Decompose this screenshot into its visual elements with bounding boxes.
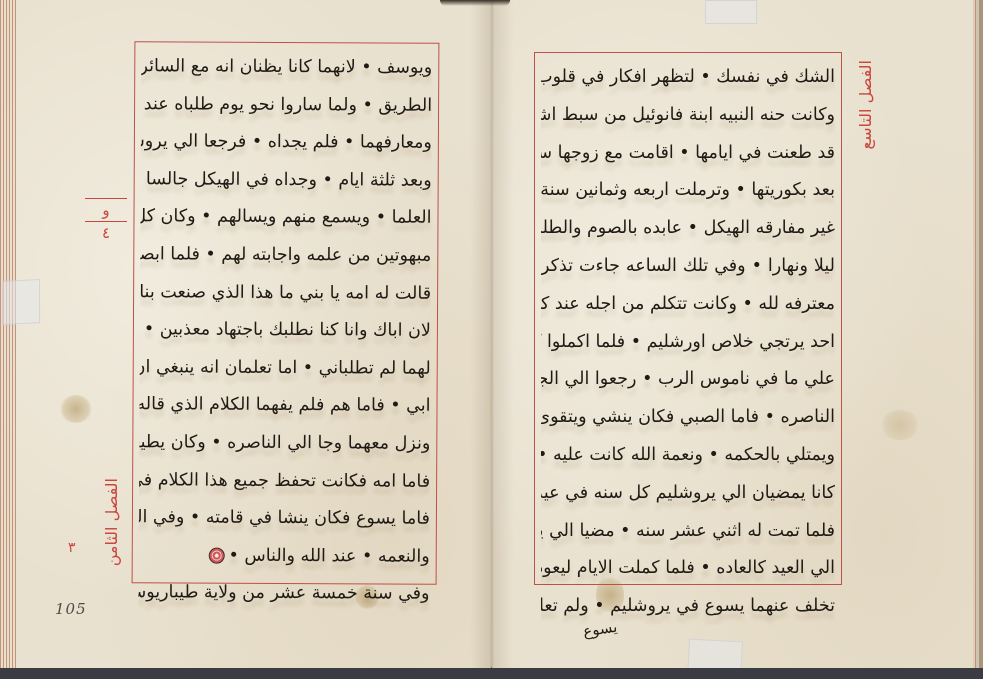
text-line: معترفه لله • وكانت تتكلم من اجله عند كل (541, 286, 835, 324)
text-line: تخلف عنهما يسوع في يروشليم • ولم تعلم ام… (541, 588, 835, 626)
text-line: فلما تمت له اثني عشر سنه • مضيا الي يروش… (541, 513, 835, 551)
text-line: بعد بكوريتها • وترملت اربعه وثمانين سنة … (541, 172, 835, 210)
margin-small-numeral: ٣ (68, 540, 76, 556)
text-line: قد طعنت في ايامها • اقامت مع زوجها سبع س… (541, 135, 835, 173)
text-line: الشك في نفسك • لتظهر افكار في قلوب كثيره (541, 59, 835, 97)
manuscript-spread: ويوسف • لانهما كانا يظنان انه مع السائري… (0, 0, 983, 668)
text-line: قالت له امه يا بني ما هذا الذي صنعت بنا … (140, 274, 431, 313)
left-chapter-heading: الفصل الثامن (102, 478, 121, 566)
text-line: فاما امه فكانت تحفظ جميع هذا الكلام في ق… (139, 462, 430, 501)
repair-tape (705, 0, 757, 24)
text-line: مبهوتين من علمه واجابته لهم • فلما ابصرا… (140, 236, 431, 275)
text-line-content: والنعمه • عند الله والناس • (228, 545, 429, 566)
margin-numeral-top: و (102, 201, 109, 219)
text-line-content: الشك في نفسك • لتظهر افكار في قلوب كثيره (541, 67, 835, 87)
text-line: علي ما في ناموس الرب • رجعوا الي الجليل … (541, 361, 835, 399)
text-line: العلما • ويسمع منهم ويسالهم • وكان كل من… (140, 199, 431, 238)
background-surface (0, 668, 983, 679)
text-line: فاما يسوع فكان ينشا في قامته • وفي الحكم… (139, 499, 430, 538)
right-chapter-heading: الفصل التاسع (856, 60, 875, 149)
text-line: وفي سنة خمسة عشر من ولاية طيباريوس قيصر … (138, 575, 429, 614)
right-text-block: الشك في نفسك • لتظهر افكار في قلوب كثيره… (541, 59, 835, 626)
repair-tape (2, 279, 40, 325)
text-line: احد يرتجي خلاص اورشليم • فلما اكملوا كل … (541, 324, 835, 362)
margin-numeral: و ٤ (85, 196, 127, 242)
right-fore-edge (973, 0, 983, 668)
left-fore-edge (0, 0, 16, 668)
text-line: ليلا ونهارا • وفي تلك الساعه جاءت تذكر (541, 248, 835, 286)
stain (880, 410, 920, 440)
text-line: وبعد ثلثة ايام • وجداه في الهيكل جالسا ب… (141, 161, 432, 200)
margin-numeral-bottom: ٤ (102, 224, 110, 242)
text-line: ويوسف • لانهما كانا يظنان انه مع السائري… (141, 48, 432, 87)
gutter (470, 0, 514, 668)
text-line: ويمتلي بالحكمه • ونعمة الله كانت عليه • … (541, 437, 835, 475)
stain (60, 395, 92, 423)
text-line: والنعمه • عند الله والناس • (139, 537, 430, 576)
left-text-frame: ويوسف • لانهما كانا يظنان انه مع السائري… (132, 41, 440, 585)
right-text-frame: الشك في نفسك • لتظهر افكار في قلوب كثيره… (534, 52, 842, 585)
text-line: ونزل معهما وجا الي الناصره • وكان يطيعهم… (139, 424, 430, 463)
text-line: غير مفارقه الهيكل • عابده بالصوم والطلبه (541, 210, 835, 248)
rosette-ornament-icon (208, 547, 224, 563)
text-line: ابي • فاما هم فلم يفهما الكلام الذي قاله… (139, 387, 430, 426)
left-text-block: ويوسف • لانهما كانا يظنان انه مع السائري… (138, 48, 432, 613)
text-line: ومعارفهما • فلم يجداه • فرجعا الي يروشلي… (141, 123, 432, 162)
text-line: لهما لم تطلباني • اما تعلمان انه ينبغي ا… (140, 349, 431, 388)
text-line: وكانت حنه النبيه ابنة فانوئيل من سبط اشي… (541, 97, 835, 135)
text-line: الناصره • فاما الصبي فكان ينشي ويتقوى با… (541, 399, 835, 437)
folio-number: 105 (55, 600, 87, 618)
text-line: الطريق • ولما ساروا نحو يوم طلباه عند اق… (141, 86, 432, 125)
text-line: الي العيد كالعاده • فلما كملت الايام ليع… (541, 550, 835, 588)
text-line: كانا يمضيان الي يروشليم كل سنه في عيد ال… (541, 475, 835, 513)
text-line: لان اباك وانا كنا نطلبك باجتهاد معذبين •… (140, 311, 431, 350)
binding-shadow (440, 0, 510, 6)
